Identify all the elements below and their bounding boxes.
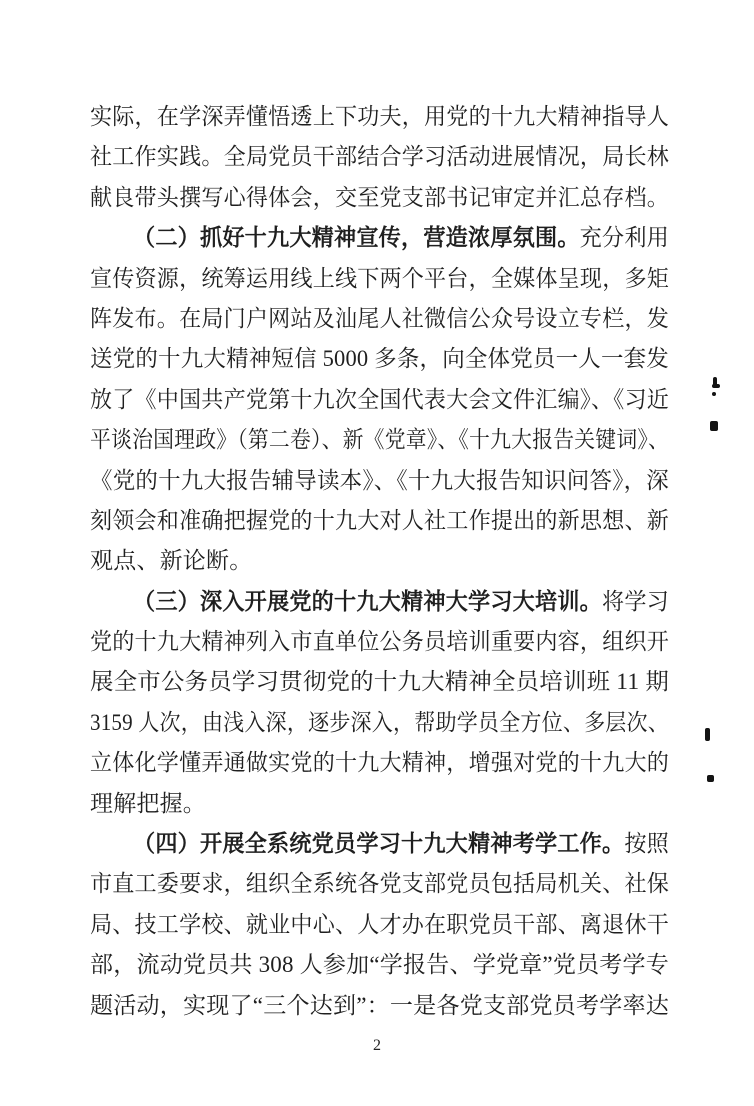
body-text: 献良带头撰写心得体会，交至党支部书记审定并汇总存档。	[90, 185, 669, 210]
text-line: 实际，在学深弄懂悟透上下功夫，用党的十九大精神指导人	[90, 97, 669, 137]
text-line: 展全市公务员学习贯彻党的十九大精神全员培训班 11 期	[90, 662, 669, 702]
text-line: 3159 人次，由浅入深，逐步深入，帮助学员全方位、多层次、	[90, 703, 669, 743]
text-line: 送党的十九大精神短信 5000 多条，向全体党员一人一套发	[90, 339, 669, 379]
body-text: 放了《中国共产党第十九次全国代表大会文件汇编》、《习近	[90, 387, 669, 412]
body-text: 平谈治国理政》（第二卷）、新《党章》、《十九大报告关键词》、	[90, 427, 669, 452]
body-text: 观点、新论断。	[90, 548, 252, 573]
text-line: （四）开展全系统党员学习十九大精神考学工作。按照	[90, 824, 669, 864]
body-text: 宣传资源，统筹运用线上线下两个平台，全媒体呈现，多矩	[90, 266, 669, 291]
text-line: 立体化学懂弄通做实党的十九大精神，增强对党的十九大的	[90, 743, 669, 783]
body-text: 送党的十九大精神短信 5000 多条，向全体党员一人一套发	[90, 346, 669, 371]
ink-speck	[710, 421, 718, 431]
text-line: 题活动，实现了“三个达到”：一是各党支部党员考学率达	[90, 986, 669, 1026]
body-text: 充分利用	[580, 225, 669, 250]
text-line: 刻领会和准确把握党的十九大对人社工作提出的新思想、新	[90, 501, 669, 541]
text-line: 社工作实践。全局党员干部结合学习活动进展情况，局长林	[90, 137, 669, 177]
text-line: 观点、新论断。	[90, 541, 669, 581]
text-block: 实际，在学深弄懂悟透上下功夫，用党的十九大精神指导人社工作实践。全局党员干部结合…	[90, 97, 669, 1026]
body-text: 《党的十九大报告辅导读本》、《十九大报告知识问答》，深	[90, 468, 669, 493]
ink-speck	[707, 775, 714, 782]
body-text: 部，流动党员共 308 人参加“学报告、学党章”党员考学专	[90, 952, 669, 977]
body-text: 局、技工学校、就业中心、人才办在职党员干部、离退休干	[90, 912, 669, 937]
body-text: 社工作实践。全局党员干部结合学习活动进展情况，局长林	[90, 144, 669, 169]
text-line: 《党的十九大报告辅导读本》、《十九大报告知识问答》，深	[90, 461, 669, 501]
ink-speck	[705, 728, 710, 741]
page-number: 2	[0, 1036, 754, 1056]
heading-text: （二）抓好十九大精神宣传，营造浓厚氛围。	[133, 225, 580, 250]
body-text: 阵发布。在局门户网站及汕尾人社微信公众号设立专栏，发	[90, 306, 669, 331]
body-text: 题活动，实现了“三个达到”：一是各党支部党员考学率达	[90, 993, 669, 1018]
text-line: 平谈治国理政》（第二卷）、新《党章》、《十九大报告关键词》、	[90, 420, 669, 460]
text-line: （二）抓好十九大精神宣传，营造浓厚氛围。充分利用	[90, 218, 669, 258]
body-text: 实际，在学深弄懂悟透上下功夫，用党的十九大精神指导人	[90, 104, 669, 129]
ink-speck	[712, 384, 720, 388]
body-text: 党的十九大精神列入市直单位公务员培训重要内容，组织开	[90, 629, 669, 654]
text-line: 阵发布。在局门户网站及汕尾人社微信公众号设立专栏，发	[90, 299, 669, 339]
text-line: 市直工委要求，组织全系统各党支部党员包括局机关、社保	[90, 864, 669, 904]
scanned-document-page: 实际，在学深弄懂悟透上下功夫，用党的十九大精神指导人社工作实践。全局党员干部结合…	[0, 0, 754, 1106]
ink-speck	[712, 392, 716, 396]
body-text: 理解把握。	[90, 791, 206, 816]
body-text: 刻领会和准确把握党的十九大对人社工作提出的新思想、新	[90, 508, 669, 533]
body-text: 3159 人次，由浅入深，逐步深入，帮助学员全方位、多层次、	[90, 710, 669, 735]
body-text: 市直工委要求，组织全系统各党支部党员包括局机关、社保	[90, 871, 669, 896]
text-line: 理解把握。	[90, 784, 669, 824]
text-line: （三）深入开展党的十九大精神大学习大培训。将学习	[90, 582, 669, 622]
body-text: 展全市公务员学习贯彻党的十九大精神全员培训班 11 期	[90, 669, 669, 694]
text-line: 部，流动党员共 308 人参加“学报告、学党章”党员考学专	[90, 945, 669, 985]
text-line: 局、技工学校、就业中心、人才办在职党员干部、离退休干	[90, 905, 669, 945]
text-line: 献良带头撰写心得体会，交至党支部书记审定并汇总存档。	[90, 178, 669, 218]
text-line: 宣传资源，统筹运用线上线下两个平台，全媒体呈现，多矩	[90, 259, 669, 299]
text-line: 党的十九大精神列入市直单位公务员培训重要内容，组织开	[90, 622, 669, 662]
heading-text: （三）深入开展党的十九大精神大学习大培训。	[133, 589, 602, 614]
body-text: 将学习	[602, 589, 669, 614]
heading-text: （四）开展全系统党员学习十九大精神考学工作。	[133, 831, 624, 856]
text-line: 放了《中国共产党第十九次全国代表大会文件汇编》、《习近	[90, 380, 669, 420]
body-text: 立体化学懂弄通做实党的十九大精神，增强对党的十九大的	[90, 750, 669, 775]
body-text: 按照	[624, 831, 669, 856]
